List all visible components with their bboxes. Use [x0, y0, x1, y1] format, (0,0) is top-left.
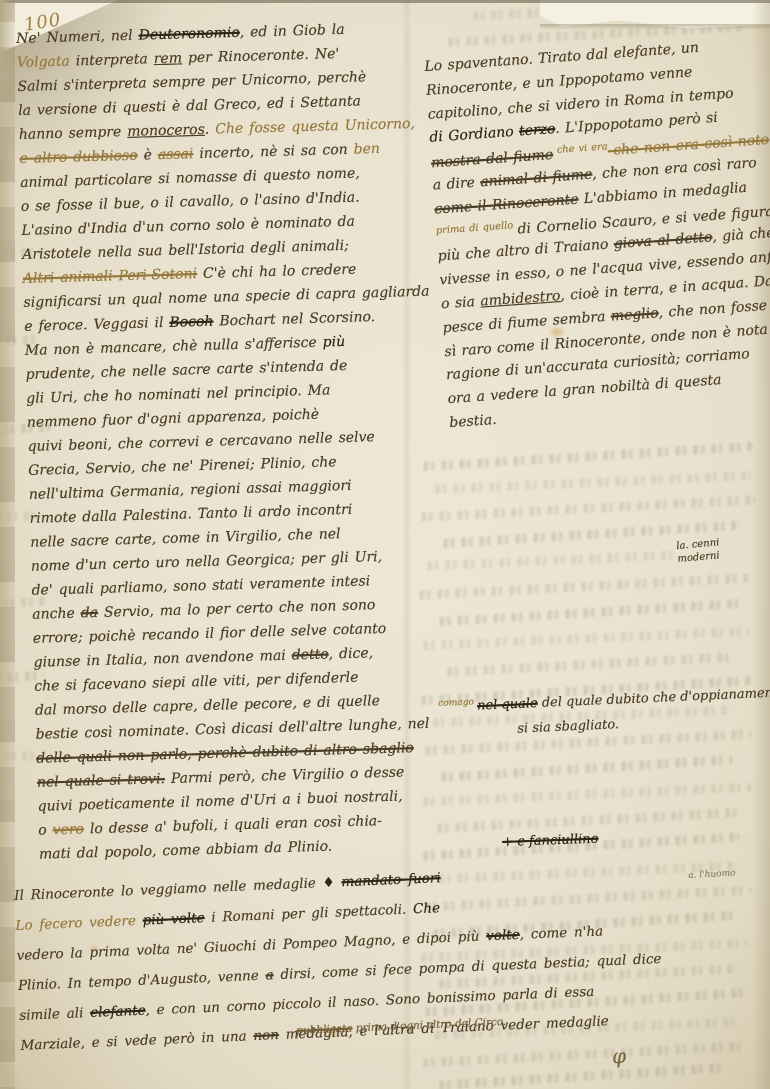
- text-run: e altro dubbioso: [19, 148, 138, 167]
- text-run: Bocoh: [169, 314, 213, 331]
- text-run: da: [81, 605, 99, 621]
- manuscript-line: + e fanciullino: [502, 833, 599, 862]
- text-run: si sia sbagliato.: [517, 717, 619, 736]
- text-run: simile ali: [19, 1005, 91, 1024]
- text-run: , già che: [712, 225, 770, 245]
- text-run: , dice,: [328, 645, 373, 662]
- text-run: moderni: [677, 550, 720, 565]
- text-run: , come n'ha: [519, 923, 603, 942]
- text-run: è: [137, 147, 158, 164]
- text-run: non: [253, 1027, 279, 1044]
- text-run: a. l'huomo: [688, 869, 736, 881]
- text-run: vero: [52, 821, 84, 838]
- manuscript-page: 100 Ne' Numeri, nel Deuteronomio, ed in …: [0, 0, 770, 1089]
- text-run: elefante: [90, 1003, 146, 1021]
- text-run: che vi era: [552, 142, 608, 157]
- text-run: monoceros: [127, 122, 205, 140]
- text-run: più volte: [142, 910, 205, 929]
- catchword-mark: φ: [611, 1044, 627, 1069]
- showthrough-line: [416, 573, 751, 600]
- text-run: a dire: [432, 174, 481, 193]
- text-run: hanno sempre: [19, 124, 128, 143]
- paper-flap-shadow: [540, 24, 770, 30]
- text-run: ben: [353, 141, 380, 158]
- showthrough-line: [434, 808, 739, 833]
- text-run: volte: [486, 927, 520, 944]
- manuscript-line: a. l'huomo: [688, 870, 737, 898]
- paper-left-edge: [0, 0, 15, 1089]
- text-run: Altri animali Peri-Sotoni: [23, 266, 198, 287]
- text-run: Deuteronomio: [138, 25, 240, 44]
- paper-top-edge: [0, 0, 770, 3]
- text-run: e feroce. Veggasi il: [24, 315, 170, 335]
- manuscript-line: moderni: [677, 551, 721, 568]
- text-run: del quale dubito che d'oppianamente: [537, 685, 770, 711]
- text-run: Il Rinoceronte lo veggiamo nelle medagli…: [14, 875, 323, 904]
- text-run: o: [38, 822, 53, 838]
- showthrough-line: [436, 599, 746, 627]
- text-run: C'è chi ha lo credere: [197, 262, 357, 282]
- marginal-note-struck: + e fanciullino: [502, 833, 599, 862]
- showthrough-line: [420, 442, 755, 471]
- text-run: per Rinoceronte. Ne': [182, 46, 340, 66]
- text-run: + e fanciullino: [502, 832, 599, 850]
- text-run: Lo fecero: [15, 915, 83, 934]
- text-run: incerto, nè si sa con: [193, 142, 354, 162]
- text-run: anche: [32, 605, 81, 622]
- text-run: Ne' Numeri, nel: [16, 28, 139, 47]
- text-run: nel quale: [477, 696, 538, 714]
- marginal-note-moderni: la. cennimoderni: [676, 538, 721, 568]
- showthrough-line: [1, 751, 37, 762]
- marginal-note-correction: comago nel quale del quale dubito che d'…: [438, 685, 770, 752]
- text-run: assai: [158, 146, 194, 163]
- text-run: Bochart nel Scorsino.: [213, 309, 375, 330]
- showthrough-line: [420, 627, 750, 650]
- showthrough-line: [424, 551, 674, 571]
- text-run: pubblicata: [296, 1023, 353, 1037]
- text-run: interpreta: [70, 51, 154, 69]
- text-run: ♦: [322, 874, 342, 891]
- showthrough-line: [444, 652, 734, 676]
- text-run: terzo: [519, 121, 556, 139]
- manuscript-right-column: Lo spaventano. Tirato dal elefante, unRi…: [424, 36, 770, 440]
- text-run: rem: [154, 50, 183, 67]
- showthrough-line: [470, 1, 720, 21]
- text-run: comago: [438, 697, 477, 709]
- showthrough-line: [438, 755, 733, 782]
- text-run: , ed in Giob la: [240, 22, 345, 41]
- showthrough-line: [420, 783, 752, 806]
- text-run: più: [322, 334, 345, 351]
- text-run: Che: [413, 900, 441, 917]
- text-run: meglio: [610, 305, 659, 324]
- text-run: Volgata: [17, 54, 70, 71]
- marginal-note-tiny: a. l'huomo: [688, 870, 737, 898]
- text-run: o sia: [441, 294, 481, 313]
- paper-torn-flap-top-right: [540, 0, 770, 30]
- text-run: vedere: [82, 913, 143, 932]
- showthrough-line: [432, 471, 752, 494]
- showthrough-line: [436, 1063, 726, 1089]
- manuscript-left-column: Ne' Numeri, nel Deuteronomio, ed in Giob…: [16, 21, 431, 872]
- text-run: bestia.: [449, 412, 497, 431]
- text-run: nel quale si trovi.: [37, 771, 165, 791]
- text-run: detto: [292, 647, 329, 664]
- showthrough-line: [418, 495, 756, 522]
- text-run: mandato fuori: [341, 870, 441, 890]
